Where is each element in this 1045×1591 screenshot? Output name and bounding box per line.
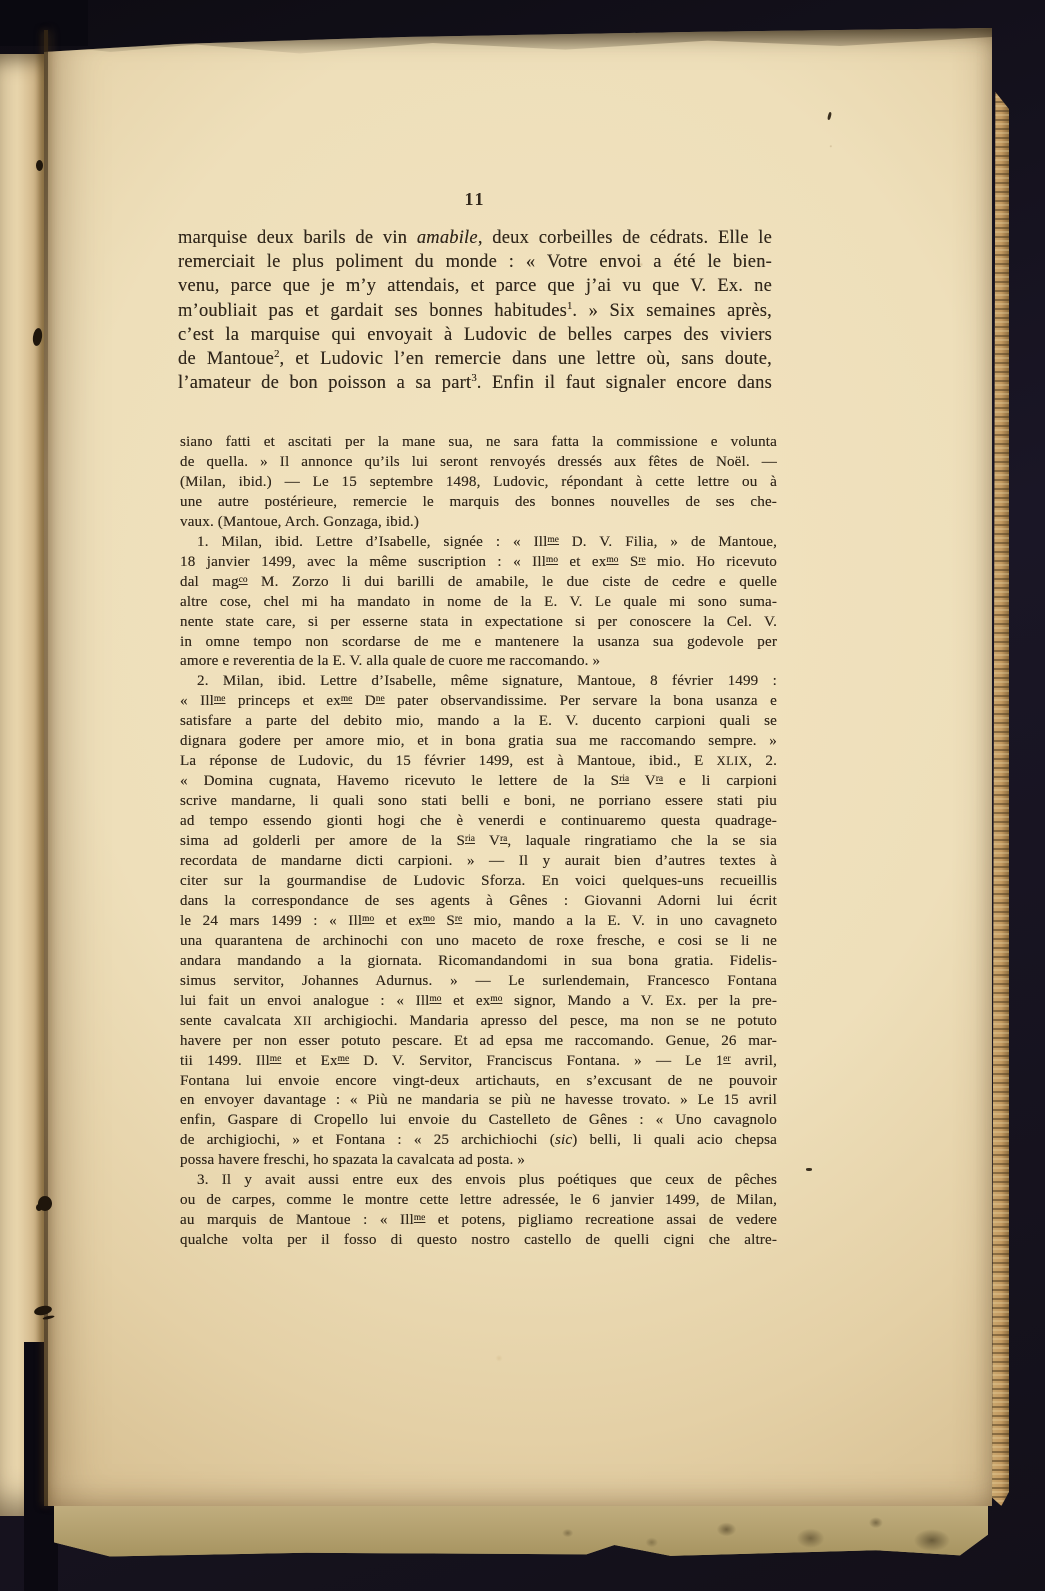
footnotes: siano fatti et ascitati per la mane sua,… (180, 433, 777, 1251)
text-line: tii 1499. Illme et Exme D. V. Servitor, … (180, 1052, 777, 1072)
text-line: remerciait le plus poliment du monde : «… (178, 250, 772, 274)
text-line: « Domina cugnata, Havemo ricevuto le let… (180, 772, 777, 792)
facing-page-edge (0, 54, 44, 1516)
text-line: possa havere freschi, ho spazata la cava… (180, 1151, 777, 1171)
text-line: andara mandando a la giornata. Ricomanda… (180, 952, 777, 972)
text-line: sente cavalcata xii archigiochi. Mandari… (180, 1012, 777, 1032)
text-line: enfin, Gaspare di Cropello lui envoie du… (180, 1111, 777, 1131)
book-photo: 11 marquise deux barils de vin amabile, … (0, 0, 1045, 1591)
text-line: (Milan, ibid.) — Le 15 septembre 1498, L… (180, 473, 777, 493)
text-line: simus servitor, Johannes Adurnus. » — Le… (180, 972, 777, 992)
text-line: au marquis de Mantoue : « Illme et poten… (180, 1211, 777, 1231)
text-line: en envoyer davantage : « Più ne mandaria… (180, 1091, 777, 1111)
text-line: de quella. » Il annonce qu’ils lui seron… (180, 453, 777, 473)
text-line: 2. Milan, ibid. Lettre d’Isabelle, même … (180, 672, 777, 692)
text-line: dignara godere per amore mio, et in bona… (180, 732, 777, 752)
stitch-hole (36, 160, 43, 171)
page-number: 11 (178, 189, 772, 210)
text-line: ad tempo essendo gionti hogi che è vener… (180, 812, 777, 832)
gutter-fold (44, 30, 48, 1506)
book-page: 11 marquise deux barils de vin amabile, … (44, 28, 992, 1506)
text-line: une autre postérieure, remercie le marqu… (180, 493, 777, 513)
text-line: venu, parce que je m’y attendais, et par… (178, 274, 772, 298)
text-line: de archigiochi, » et Fontana : « 25 arch… (180, 1131, 777, 1151)
text-line: Fontana lui envoie encore vingt-deux art… (180, 1072, 777, 1092)
text-line: le 24 mars 1499 : « Illmo et exmo Sre mi… (180, 912, 777, 932)
text-line: citer sur la gourmandise de Ludovic Sfor… (180, 872, 777, 892)
text-line: 3. Il y avait aussi entre eux des envois… (180, 1171, 777, 1191)
text-line: c’est la marquise qui envoyait à Ludovic… (178, 323, 772, 347)
text-line: ou de carpes, comme le montre cette lett… (180, 1191, 777, 1211)
text-line: sima ad golderli per amore de la Sria Vr… (180, 832, 777, 852)
text-line: scrive mandarne, li quali sono stati bel… (180, 792, 777, 812)
text-line: 1. Milan, ibid. Lettre d’Isabelle, signé… (180, 533, 777, 553)
text-line: dans la correspondance de ses agents à G… (180, 892, 777, 912)
text-line: l’amateur de bon poisson a sa part3. Enf… (178, 371, 772, 395)
text-line: de Mantoue2, et Ludovic l’en remercie da… (178, 347, 772, 371)
text-line: siano fatti et ascitati per la mane sua,… (180, 433, 777, 453)
text-line: amore e reverentia de la E. V. alla qual… (180, 652, 777, 672)
page-fore-edge (992, 92, 1009, 1506)
text-line: satisfare a parte del debito mio, mando … (180, 712, 777, 732)
text-line: recordata de mandarne dicti carpioni. » … (180, 852, 777, 872)
stitch-hole (38, 1196, 52, 1211)
text-line: m’oubliait pas et gardait ses bonnes hab… (178, 299, 772, 323)
text-line: dal magco M. Zorzo li dui barilli de ama… (180, 573, 777, 593)
text-line: 18 janvier 1499, avec la même suscriptio… (180, 553, 777, 573)
text-line: « Illme princeps et exme Dne pater obser… (180, 692, 777, 712)
text-line: marquise deux barils de vin amabile, deu… (178, 226, 772, 250)
paper-speck (806, 1168, 812, 1171)
text-line: una quarantena de archinochi con uno mac… (180, 932, 777, 952)
main-text: marquise deux barils de vin amabile, deu… (178, 226, 772, 395)
text-line: in omne tempo non scordarse de me e mant… (180, 633, 777, 653)
text-line: altre cose, chel mi ha mandato in nome d… (180, 593, 777, 613)
text-line: lui fait un envoi analogue : « Illmo et … (180, 992, 777, 1012)
text-line: havere per non esser potuto pescare. Et … (180, 1032, 777, 1052)
text-line: vaux. (Mantoue, Arch. Gonzaga, ibid.) (180, 513, 777, 533)
text-line: nente state care, si per esserne stata i… (180, 613, 777, 633)
text-line: qualche volta per il fosso di questo nos… (180, 1231, 777, 1251)
page-bottom-edge (54, 1506, 988, 1558)
text-line: La réponse de Ludovic, du 15 février 149… (180, 752, 777, 772)
